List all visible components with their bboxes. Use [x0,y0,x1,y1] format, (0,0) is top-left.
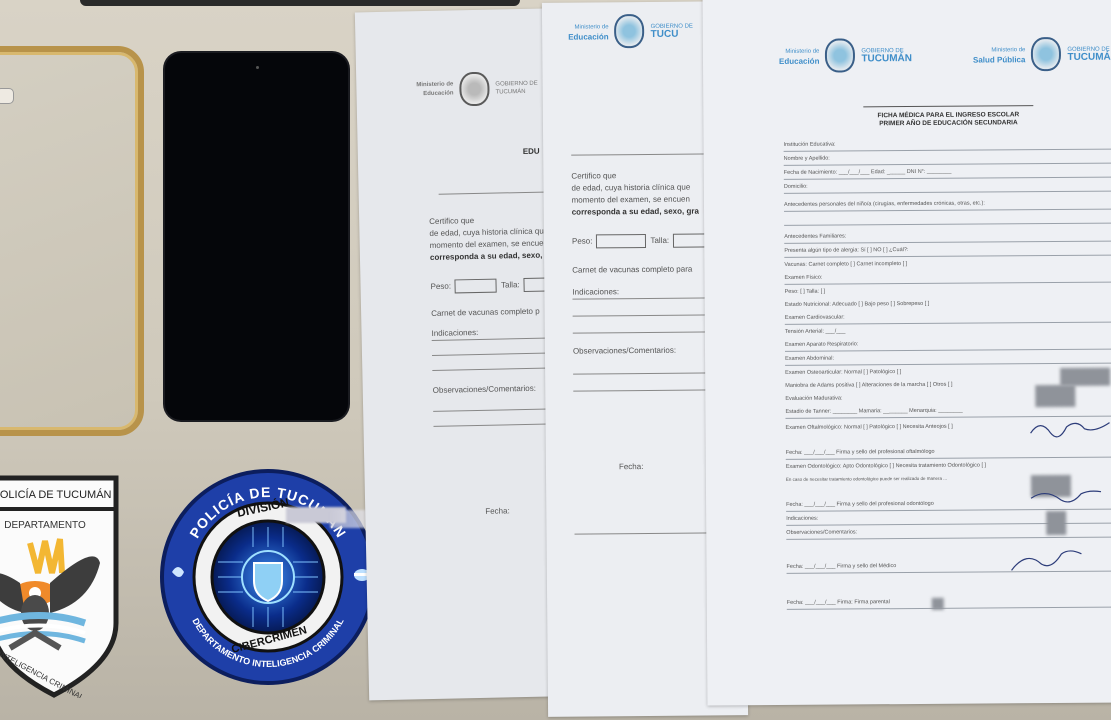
form-field: Estado Nutricional: Adecuado [ ] Bajo pe… [785,298,1111,311]
header-logos: Ministerio deEducación GOBIERNO DETUCUMÁ… [416,71,538,108]
header-logos-right: Ministerio deSalud Pública GOBIERNO DETU… [973,37,1111,72]
signature-icon [1006,545,1086,576]
header-logos: Ministerio deEducación GOBIERNO DETUCU [568,14,693,49]
form-field: Peso: [ ] Talla: [ ] [785,285,1111,298]
form-field: Examen Odontológico: Apto Odontológico [… [786,460,1111,473]
form-field: Fecha: ___/___/___ Firma: Firma parental [787,596,1111,610]
title-fragment: EDU [523,147,540,156]
shield-middle-text: DEPARTAMENTO [4,520,86,531]
form-field: Examen Aparato Respiratorio: [785,338,1111,352]
form-field: Nombre y Apellido: [784,152,1111,166]
redacted-area [1046,511,1066,535]
talla-label: Talla: [501,280,520,289]
peso-label: Peso: [430,282,451,291]
form-field: Tensión Arterial: ___/___ [785,325,1111,338]
shield-top-text: POLICÍA DE TUCUMÁN [0,488,112,501]
form-field: Antecedentes personales del niño/a (ciru… [784,198,1111,212]
tucuman-seal-icon [614,14,644,48]
form-field: Vacunas: Carnet completo [ ] Carnet inco… [784,258,1111,271]
form-field: Domicilio: [784,180,1111,194]
front-camera [256,66,259,69]
tucuman-seal-icon [825,38,855,72]
form-field [784,212,1111,226]
peso-box [596,234,646,248]
form-field: Examen Físico: [784,271,1111,285]
header-logos-left: Ministerio deEducación GOBIERNO DETUCUMÁ… [779,38,912,73]
redacted-area [932,598,944,610]
police-shield-badge: POLICÍA DE TUCUMÁN DEPARTAMENTO INTELIGE… [0,473,120,698]
form-field: Examen Abdominal: [785,352,1111,366]
form-field: Examen Cardiovascular: [785,311,1111,325]
smartphone [165,53,348,420]
form-field: Fecha de Nacimiento: ___/___/___ Edad: _… [784,166,1111,180]
phone-case-camera-cutout [0,88,14,104]
form-field: Institución Educativa: [784,138,1111,152]
peso-label: Peso: [572,237,593,246]
cybercrime-division-badge: POLICÍA DE TUCUMÁN DEPARTAMENTO INTELIGE… [158,467,378,687]
signature-icon [1026,483,1106,514]
phone-case [0,46,144,436]
form-field: Antecedentes Familiares: [784,230,1111,244]
signature-icon [1025,413,1111,454]
peso-box [455,279,497,294]
dark-object-top-edge [80,0,520,6]
talla-label: Talla: [650,236,669,245]
tucuman-seal-icon [459,72,490,107]
tucuman-seal-icon [1031,37,1061,71]
redacted-area [1060,368,1110,386]
form-title: FICHA MÉDICA PARA EL INGRESO ESCOLAR PRI… [823,111,1073,129]
redacted-area [1035,385,1075,407]
form-field: Presenta algún tipo de alergia: Sí [ ] N… [784,244,1111,258]
medical-form-front: Ministerio deEducación GOBIERNO DETUCUMÁ… [703,0,1111,705]
